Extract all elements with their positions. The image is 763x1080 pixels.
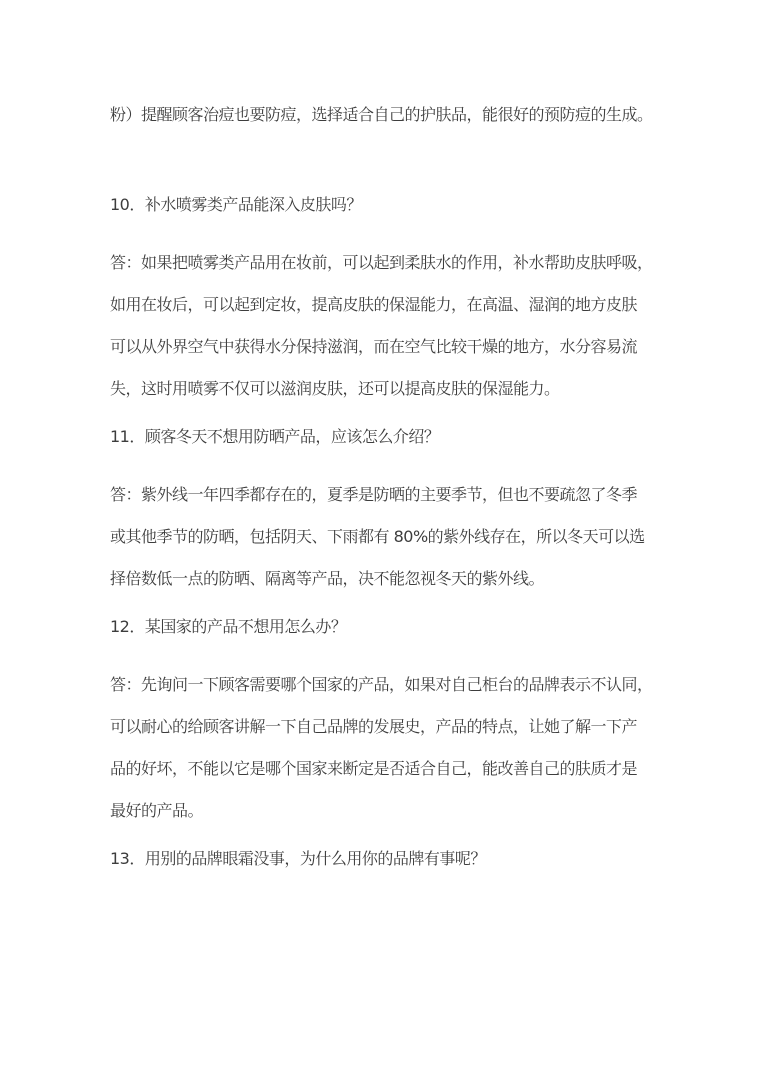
paragraph-question: 12．某国家的产品不想用怎么办？ (110, 606, 670, 648)
text-line: 或其他季节的防晒，包括阴天、下雨都有 80%的紫外线存在，所以冬天可以选 (110, 516, 670, 558)
text-line: 如用在妆后，可以起到定妆，提高皮肤的保湿能力，在高温、湿润的地方皮肤 (110, 284, 670, 326)
paragraph-answer: 答：如果把喷雾类产品用在妆前，可以起到柔肤水的作用，补水帮助皮肤呼吸，如用在妆后… (110, 242, 670, 410)
text-line: 最好的产品。 (110, 790, 670, 832)
text-line: 10．补水喷雾类产品能深入皮肤吗？ (110, 184, 670, 226)
text-line: 答：如果把喷雾类产品用在妆前，可以起到柔肤水的作用，补水帮助皮肤呼吸， (110, 242, 670, 284)
paragraph-answer: 答：先询问一下顾客需要哪个国家的产品，如果对自己柜台的品牌表示不认同，可以耐心的… (110, 664, 670, 832)
paragraph-spacer (110, 136, 670, 178)
paragraph-answer: 答：紫外线一年四季都存在的，夏季是防晒的主要季节，但也不要疏忽了冬季或其他季节的… (110, 474, 670, 600)
paragraph-question: 13．用别的品牌眼霜没事，为什么用你的品牌有事呢？ (110, 838, 670, 880)
document-body: 粉）提醒顾客治痘也要防痘，选择适合自己的护肤品，能很好的预防痘的生成。10．补水… (110, 94, 670, 880)
text-line: 择倍数低一点的防晒、隔离等产品，决不能忽视冬天的紫外线。 (110, 558, 670, 600)
text-line: 粉）提醒顾客治痘也要防痘，选择适合自己的护肤品，能很好的预防痘的生成。 (110, 94, 670, 136)
text-line: 可以耐心的给顾客讲解一下自己品牌的发展史，产品的特点，让她了解一下产 (110, 706, 670, 748)
text-line: 答：紫外线一年四季都存在的，夏季是防晒的主要季节，但也不要疏忽了冬季 (110, 474, 670, 516)
text-line: 失，这时用喷雾不仅可以滋润皮肤，还可以提高皮肤的保湿能力。 (110, 368, 670, 410)
document-page: 粉）提醒顾客治痘也要防痘，选择适合自己的护肤品，能很好的预防痘的生成。10．补水… (0, 0, 763, 1080)
paragraph-question: 11．顾客冬天不想用防晒产品，应该怎么介绍？ (110, 416, 670, 458)
paragraph-question: 10．补水喷雾类产品能深入皮肤吗？ (110, 184, 670, 226)
text-line: 答：先询问一下顾客需要哪个国家的产品，如果对自己柜台的品牌表示不认同， (110, 664, 670, 706)
text-line: 12．某国家的产品不想用怎么办？ (110, 606, 670, 648)
paragraph-body: 粉）提醒顾客治痘也要防痘，选择适合自己的护肤品，能很好的预防痘的生成。 (110, 94, 670, 136)
text-line: 13．用别的品牌眼霜没事，为什么用你的品牌有事呢？ (110, 838, 670, 880)
text-line: 品的好坏，不能以它是哪个国家来断定是否适合自己，能改善自己的肤质才是 (110, 748, 670, 790)
text-line: 11．顾客冬天不想用防晒产品，应该怎么介绍？ (110, 416, 670, 458)
text-line: 可以从外界空气中获得水分保持滋润，而在空气比较干燥的地方，水分容易流 (110, 326, 670, 368)
